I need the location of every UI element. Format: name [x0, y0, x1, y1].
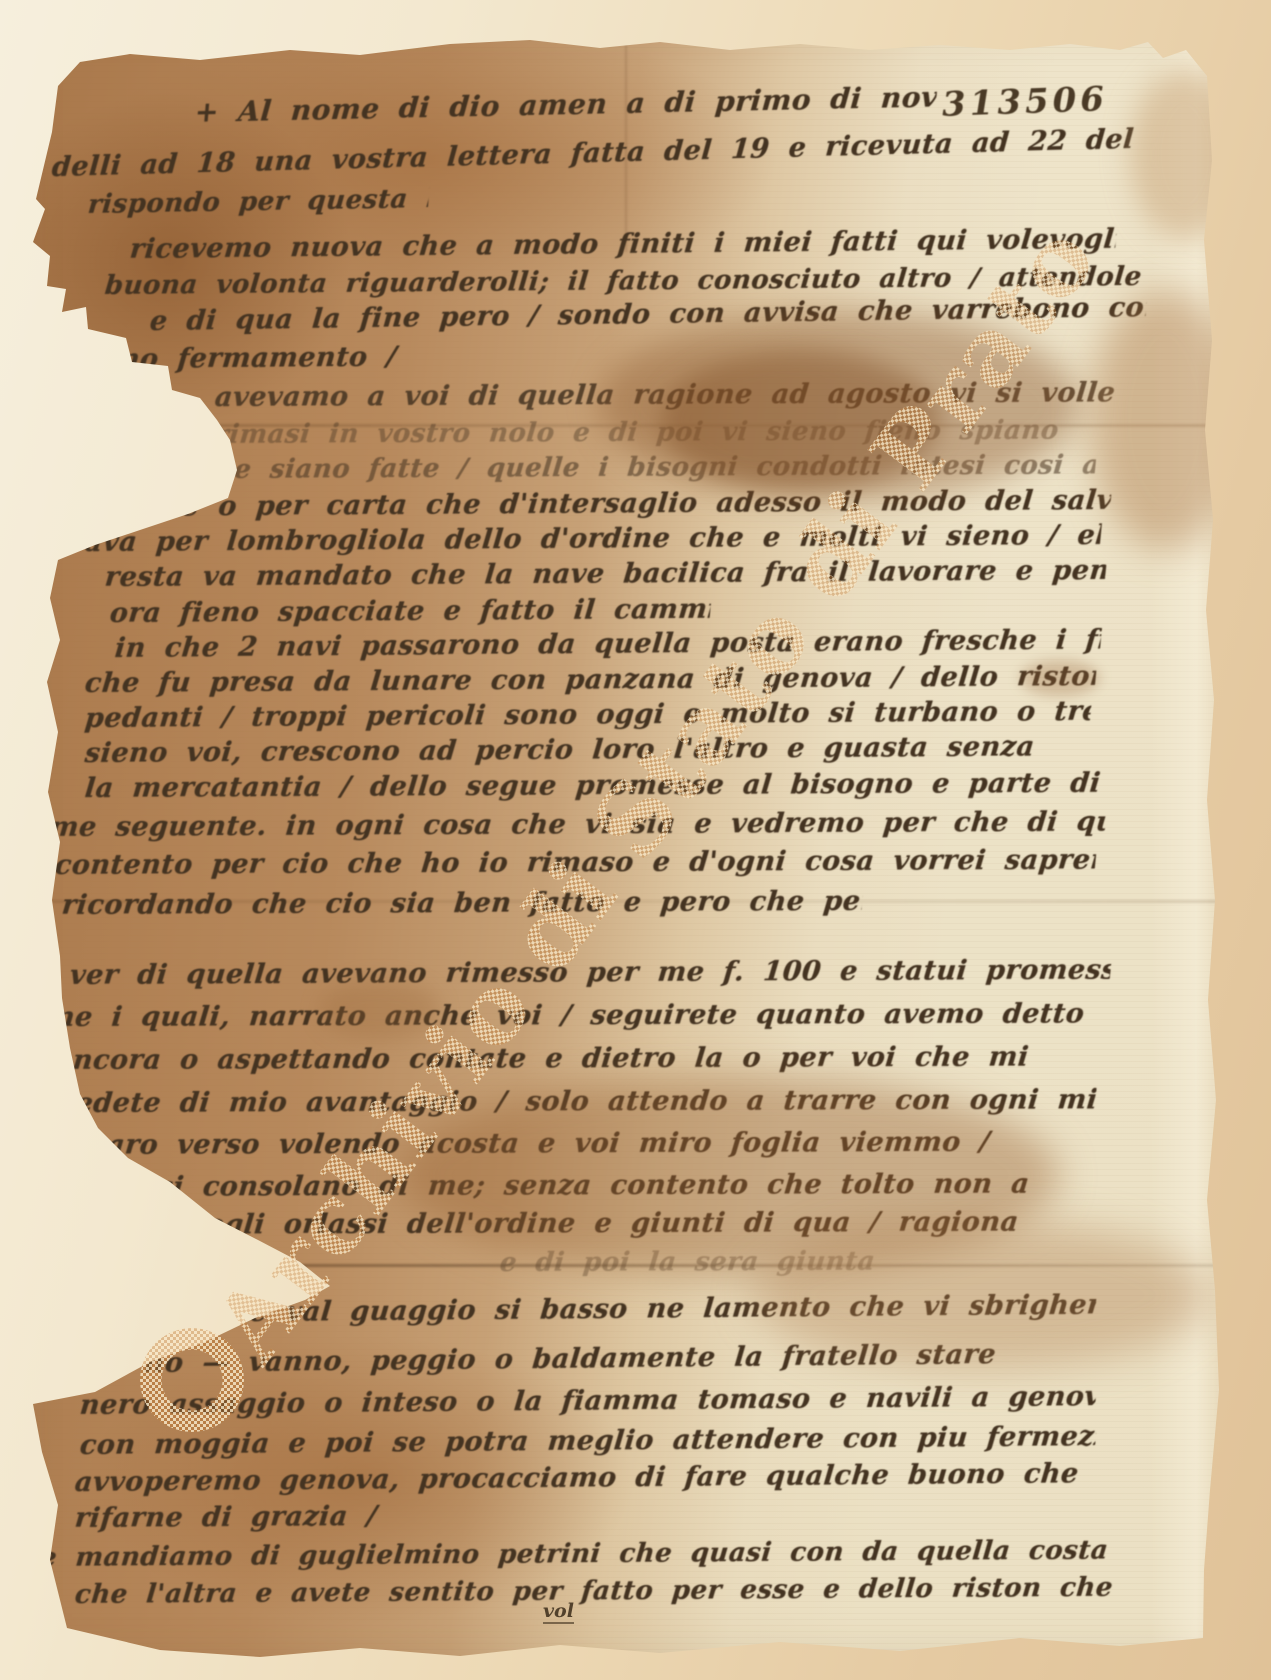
- handwriting-line: rispondo per questa brieve /: [87, 184, 430, 220]
- handwriting-line: contento per cio che ho io rimaso e d'og…: [53, 845, 1097, 881]
- handwriting-line: ricevemo nuova che a modo finiti i miei …: [129, 224, 1118, 265]
- stain-blob: [1090, 290, 1240, 550]
- handwriting-line: la mercatantia / dello segue promesse al…: [83, 768, 1112, 804]
- handwriting-line: avvoperemo genova, procacciamo di fare q…: [74, 1458, 1088, 1498]
- vol-annotation: vol: [543, 1600, 574, 1624]
- handwriting-line: in che o per carta che d'intersaglio ade…: [93, 485, 1112, 523]
- handwriting-line: + Al nome di dio amen a di primo di nove…: [194, 81, 938, 129]
- handwriting-line: pedanti / troppi pericoli sono oggi e mo…: [83, 696, 1092, 734]
- handwriting-line: in che 2 navi passarono da quella posta …: [114, 624, 1103, 664]
- stain-blob: [750, 1220, 1210, 1370]
- stain-blob: [1130, 70, 1240, 240]
- handwriting-line: e mandiamo di guglielmino petrini che qu…: [39, 1536, 1113, 1573]
- handwriting-layer: + Al nome di dio amen a di primo di nove…: [0, 0, 1271, 1680]
- handwriting-line: no fermamento /: [119, 341, 452, 375]
- stain-blob: [1020, 660, 1100, 696]
- handwriting-line: delli ad 18 una vostra lettera fatta del…: [51, 124, 1141, 183]
- handwriting-line: ne i quali, narrato anche voi / seguiret…: [53, 998, 1087, 1033]
- stain-blob: [320, 980, 440, 1040]
- handwriting-line: me seguente. in ogni cosa che vi sia e v…: [48, 806, 1107, 843]
- handwriting-line: ora fieno spacciate e fatto il cammino /: [108, 594, 711, 629]
- handwriting-line: rifarne di grazia /: [73, 1501, 386, 1534]
- handwriting-line: che l'altra e avete sentito per fatto pe…: [74, 1573, 1128, 1610]
- handwriting-line: ancora o aspettando contate e dietro la …: [53, 1041, 1097, 1076]
- stain-blob: [660, 350, 940, 490]
- handwriting-line: ricordando che cio sia ben fatto e pero …: [60, 886, 864, 921]
- handwriting-line: resta va mandato che la nave bacilica fr…: [103, 555, 1107, 593]
- handwriting-line: ava per lombrogliola dello d'ordine che …: [83, 520, 1102, 558]
- handwriting-line: sieno voi, crescono ad percio loro l'alt…: [83, 731, 1107, 769]
- handwriting-line: che fu presa da lunare con panzana di ge…: [83, 661, 1097, 699]
- handwriting-line: con moggia e poi se potra meglio attende…: [79, 1421, 1098, 1461]
- photo-backdrop: + Al nome di dio amen a di primo di nove…: [0, 0, 1271, 1680]
- handwriting-line: nero assaggio o inteso o la fiamma tomas…: [79, 1381, 1098, 1421]
- archive-number: 313506: [941, 79, 1108, 125]
- manuscript-page: + Al nome di dio amen a di primo di nove…: [0, 0, 1271, 1680]
- handwriting-line: ver di quella avevano rimesso per me f. …: [68, 955, 1112, 991]
